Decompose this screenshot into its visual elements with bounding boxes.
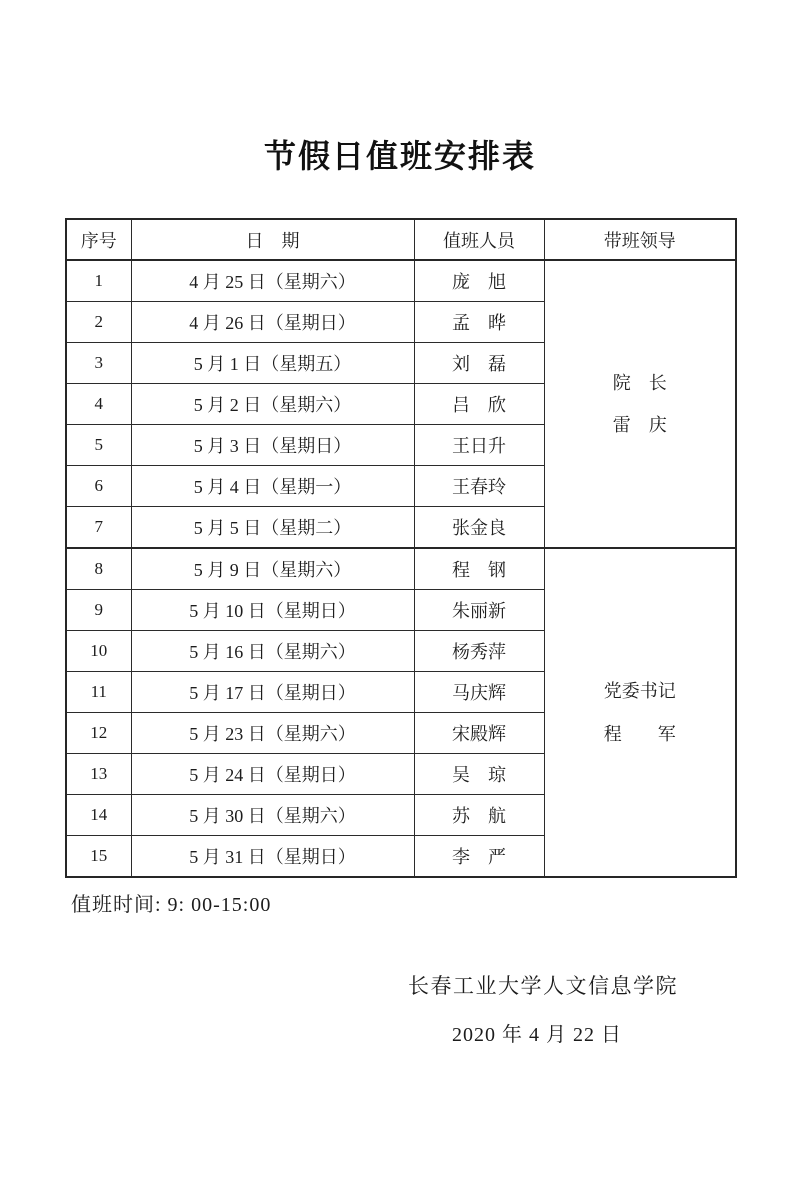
cell-date: 4 月 25 日（星期六） — [131, 260, 414, 302]
cell-index: 8 — [66, 548, 131, 590]
cell-duty-person: 王日升 — [414, 425, 544, 466]
cell-duty-person: 王春玲 — [414, 466, 544, 507]
cell-date: 5 月 30 日（星期六） — [131, 795, 414, 836]
cell-index: 1 — [66, 260, 131, 302]
cell-duty-person: 吴 琼 — [414, 754, 544, 795]
cell-index: 13 — [66, 754, 131, 795]
cell-duty-person: 张金良 — [414, 507, 544, 549]
cell-date: 5 月 23 日（星期六） — [131, 713, 414, 754]
table-row: 85 月 9 日（星期六）程 钢党委书记程 军 — [66, 548, 736, 590]
cell-date: 5 月 24 日（星期日） — [131, 754, 414, 795]
cell-index: 2 — [66, 302, 131, 343]
duty-time-note: 值班时间: 9: 00-15:00 — [71, 888, 271, 917]
cell-index: 11 — [66, 672, 131, 713]
cell-index: 7 — [66, 507, 131, 549]
signature-organization: 长春工业大学人文信息学院 — [408, 970, 678, 1000]
cell-index: 15 — [66, 836, 131, 878]
cell-index: 4 — [66, 384, 131, 425]
table-header: 序号 日 期 值班人员 带班领导 — [66, 219, 736, 260]
header-leader: 带班领导 — [544, 219, 736, 260]
cell-index: 6 — [66, 466, 131, 507]
cell-date: 5 月 9 日（星期六） — [131, 548, 414, 590]
cell-index: 12 — [66, 713, 131, 754]
cell-duty-person: 马庆辉 — [414, 672, 544, 713]
leader-title: 党委书记 — [545, 670, 736, 712]
cell-duty-person: 刘 磊 — [414, 343, 544, 384]
cell-duty-person: 苏 航 — [414, 795, 544, 836]
cell-duty-person: 朱丽新 — [414, 590, 544, 631]
cell-date: 4 月 26 日（星期日） — [131, 302, 414, 343]
cell-index: 9 — [66, 590, 131, 631]
cell-date: 5 月 1 日（星期五） — [131, 343, 414, 384]
cell-date: 5 月 4 日（星期一） — [131, 466, 414, 507]
leader-name: 雷 庆 — [545, 404, 736, 446]
header-date: 日 期 — [131, 219, 414, 260]
leader-title: 院 长 — [545, 362, 736, 404]
page-title: 节假日值班安排表 — [0, 131, 800, 177]
header-row: 序号 日 期 值班人员 带班领导 — [66, 219, 736, 260]
cell-index: 14 — [66, 795, 131, 836]
cell-leader: 院 长雷 庆 — [544, 260, 736, 548]
cell-duty-person: 李 严 — [414, 836, 544, 878]
cell-date: 5 月 5 日（星期二） — [131, 507, 414, 549]
cell-date: 5 月 17 日（星期日） — [131, 672, 414, 713]
cell-date: 5 月 3 日（星期日） — [131, 425, 414, 466]
document-page: 节假日值班安排表 序号 日 期 值班人员 带班领导 14 月 25 日（星期六）… — [0, 0, 800, 1200]
cell-duty-person: 程 钢 — [414, 548, 544, 590]
cell-duty-person: 杨秀萍 — [414, 631, 544, 672]
cell-date: 5 月 2 日（星期六） — [131, 384, 414, 425]
cell-date: 5 月 10 日（星期日） — [131, 590, 414, 631]
cell-date: 5 月 16 日（星期六） — [131, 631, 414, 672]
cell-index: 5 — [66, 425, 131, 466]
cell-index: 3 — [66, 343, 131, 384]
table-body: 14 月 25 日（星期六）庞 旭院 长雷 庆24 月 26 日（星期日）孟 晔… — [66, 260, 736, 877]
cell-duty-person: 宋殿辉 — [414, 713, 544, 754]
table-row: 14 月 25 日（星期六）庞 旭院 长雷 庆 — [66, 260, 736, 302]
cell-index: 10 — [66, 631, 131, 672]
cell-leader: 党委书记程 军 — [544, 548, 736, 877]
signature-date: 2020 年 4 月 22 日 — [452, 1018, 622, 1047]
duty-schedule-table: 序号 日 期 值班人员 带班领导 14 月 25 日（星期六）庞 旭院 长雷 庆… — [65, 218, 737, 878]
header-person: 值班人员 — [414, 219, 544, 260]
cell-duty-person: 庞 旭 — [414, 260, 544, 302]
header-index: 序号 — [66, 219, 131, 260]
cell-duty-person: 孟 晔 — [414, 302, 544, 343]
leader-name: 程 军 — [545, 713, 736, 755]
cell-date: 5 月 31 日（星期日） — [131, 836, 414, 878]
cell-duty-person: 吕 欣 — [414, 384, 544, 425]
